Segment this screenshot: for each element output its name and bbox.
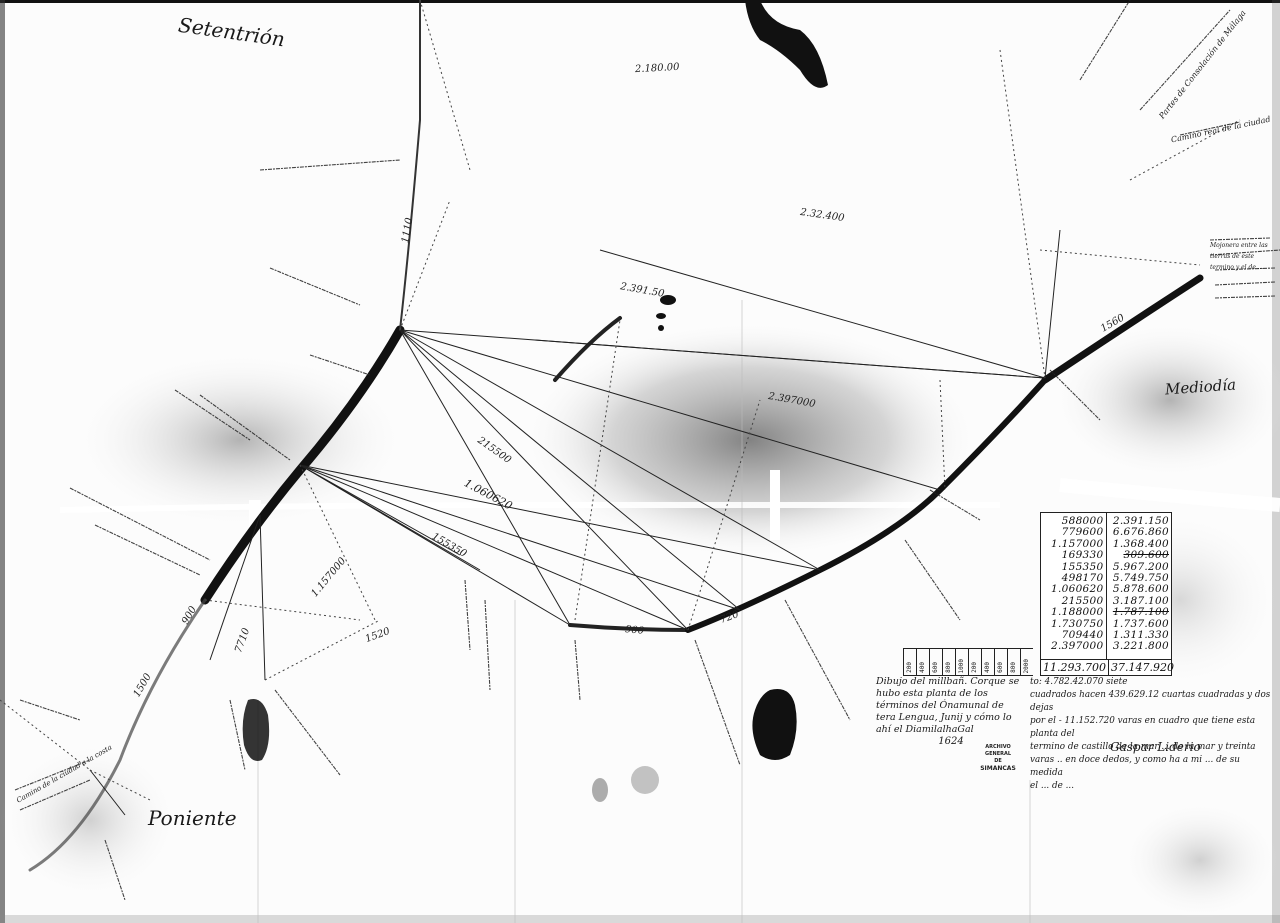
table-cell: 2.397000	[1043, 641, 1104, 652]
calculation-line: por el - 11.152.720 varas en cuadro que …	[1030, 715, 1275, 741]
calculation-line: to: 4.782.42.070 siete	[1030, 676, 1275, 689]
scale-tick: 600	[929, 649, 942, 675]
table-cell: 3.221.800	[1109, 641, 1170, 652]
calculation-note: to: 4.782.42.070 sietecuadrados hacen 43…	[1030, 676, 1275, 793]
west-label: Poniente	[148, 806, 237, 830]
table-cell: 1.188000	[1043, 607, 1104, 618]
calculation-line: varas .. en doce dedos, y como ha a mi .…	[1030, 754, 1275, 780]
table-cell: 309.600	[1109, 550, 1170, 561]
stamp-line-2: DE	[974, 758, 1022, 765]
table-total-2: 37.147.920	[1111, 661, 1174, 674]
table-total-1: 11.293.700	[1043, 661, 1106, 674]
scale-tick: 400	[981, 649, 994, 675]
scale-bar: 20040060080010002004006008002000	[903, 648, 1033, 676]
side-note-right-legend: Mojonera entre las tierras de este termi…	[1210, 240, 1275, 273]
scale-tick: 200	[903, 649, 916, 675]
table-column-1: 5880007796001.1570001693301553504981701.…	[1041, 513, 1106, 659]
scale-tick: 400	[916, 649, 929, 675]
table-column-2: 2.391.1506.676.8601.368.400309.6005.967.…	[1106, 513, 1172, 659]
title-note-text: Dibujo del millbañ. Corque se hubo esta …	[876, 676, 1019, 735]
calculation-line: cuadrados hacen 439.629.12 cuartas cuadr…	[1030, 689, 1275, 715]
scale-tick: 1000	[955, 649, 968, 675]
scale-tick: 800	[942, 649, 955, 675]
scale-tick: 800	[1007, 649, 1020, 675]
archive-stamp: ARCHIVO GENERAL DE SIMANCAS	[974, 744, 1022, 770]
calculation-line: el ... de ...	[1030, 780, 1275, 793]
stamp-line-1: ARCHIVO GENERAL	[974, 744, 1022, 758]
stamp-line-3: SIMANCAS	[974, 765, 1022, 772]
scale-tick: 200	[968, 649, 981, 675]
table-cell: 1.787.100	[1109, 607, 1170, 618]
title-note: Dibujo del millbañ. Corque se hubo esta …	[876, 676, 1026, 748]
signature: Gaspar Liderio	[1110, 740, 1201, 754]
table-cell: 169330	[1043, 550, 1104, 561]
area-tally-table: 5880007796001.1570001693301553504981701.…	[1040, 512, 1172, 676]
distance-label: 900	[625, 624, 645, 637]
scale-tick: 600	[994, 649, 1007, 675]
scale-tick: 2000	[1020, 649, 1033, 675]
distance-label: 2.180.00	[635, 62, 680, 75]
